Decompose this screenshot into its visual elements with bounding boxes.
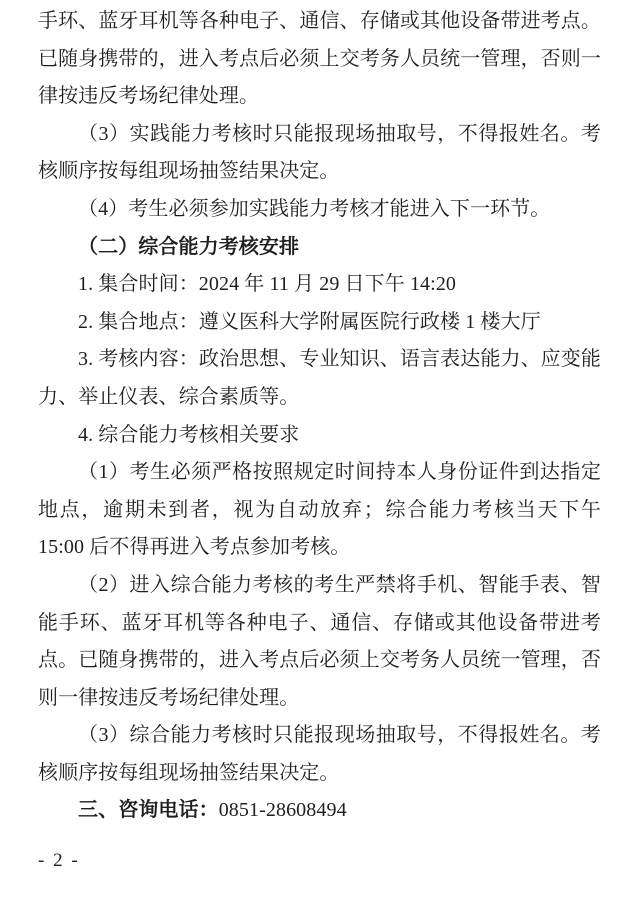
phone-label: 三、咨询电话： (78, 799, 219, 821)
paragraph-meeting-time: 1. 集合时间：2024 年 11 月 29 日下午 14:20 (38, 266, 601, 304)
paragraph-exam-requirements-title: 4. 综合能力考核相关要求 (38, 417, 601, 455)
document-page: 手环、蓝牙耳机等各种电子、通信、存储或其他设备带进考点。已随身携带的，进入考点后… (0, 0, 639, 900)
paragraph-requirement-2: （2）进入综合能力考核的考生严禁将手机、智能手表、智能手环、蓝牙耳机等各种电子、… (38, 567, 601, 717)
paragraph-meeting-place: 2. 集合地点：遵义医科大学附属医院行政楼 1 楼大厅 (38, 304, 601, 342)
paragraph-item-4-practical: （4）考生必须参加实践能力考核才能进入下一环节。 (38, 191, 601, 229)
paragraph-requirement-3: （3）综合能力考核时只能报现场抽取号，不得报姓名。考核顺序按每组现场抽签结果决定… (38, 717, 601, 792)
paragraph-continuation: 手环、蓝牙耳机等各种电子、通信、存储或其他设备带进考点。已随身携带的，进入考点后… (38, 3, 601, 116)
paragraph-item-3-practical: （3）实践能力考核时只能报现场抽取号，不得报姓名。考核顺序按每组现场抽签结果决定… (38, 116, 601, 191)
paragraph-exam-content: 3. 考核内容：政治思想、专业知识、语言表达能力、应变能力、举止仪表、综合素质等… (38, 341, 601, 416)
phone-line: 三、咨询电话：0851-28608494 (38, 792, 601, 830)
paragraph-requirement-1: （1）考生必须严格按照规定时间持本人身份证件到达指定地点，逾期未到者，视为自动放… (38, 454, 601, 567)
document-body: 手环、蓝牙耳机等各种电子、通信、存储或其他设备带进考点。已随身携带的，进入考点后… (38, 3, 601, 830)
phone-number: 0851-28608494 (219, 799, 347, 821)
page-number: - 2 - (38, 850, 80, 872)
section-heading-comprehensive-exam: （二）综合能力考核安排 (38, 229, 601, 267)
